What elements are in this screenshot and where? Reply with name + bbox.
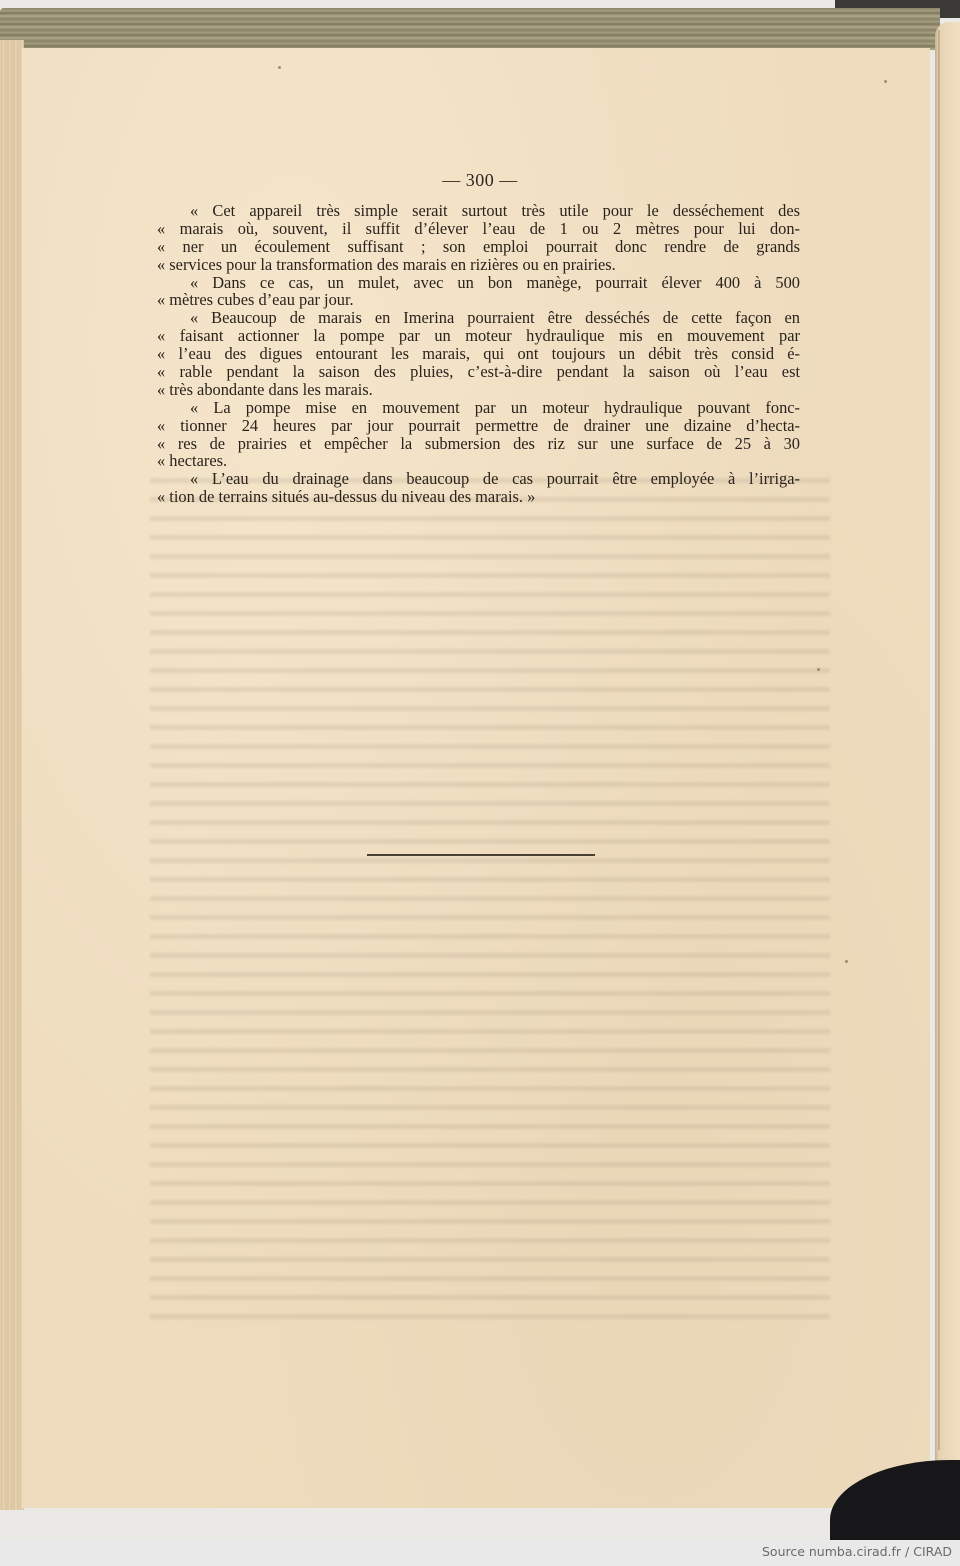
text-line: « mètres cubes d’eau par jour. bbox=[157, 291, 800, 309]
text-line: « tion de terrains situés au-dessus du n… bbox=[157, 488, 800, 506]
body-text: « Cet appareil très simple serait surtou… bbox=[157, 202, 800, 506]
page-number: — 300 — bbox=[0, 170, 960, 191]
paper-speck bbox=[278, 66, 281, 69]
text-line: « tionner 24 heures par jour pourrait pe… bbox=[157, 417, 800, 435]
paper-speck bbox=[817, 668, 820, 671]
page-stack-left bbox=[0, 40, 24, 1510]
text-line: « ner un écoulement suffisant ; son empl… bbox=[157, 238, 800, 256]
text-line: « l’eau des digues entourant les marais,… bbox=[157, 345, 800, 363]
text-line: « rable pendant la saison des pluies, c’… bbox=[157, 363, 800, 381]
text-line: « Dans ce cas, un mulet, avec un bon man… bbox=[157, 274, 800, 292]
source-caption: Source numba.cirad.fr / CIRAD bbox=[762, 1544, 952, 1559]
text-line: « services pour la transformation des ma… bbox=[157, 256, 800, 274]
text-line: « faisant actionner la pompe par un mote… bbox=[157, 327, 800, 345]
paper-speck bbox=[884, 80, 887, 83]
text-line: « Cet appareil très simple serait surtou… bbox=[157, 202, 800, 220]
text-line: « L’eau du drainage dans beaucoup de cas… bbox=[157, 470, 800, 488]
text-line: « Beaucoup de marais en Imerina pourraie… bbox=[157, 309, 800, 327]
text-line: « La pompe mise en mouvement par un mote… bbox=[157, 399, 800, 417]
bleed-through-text bbox=[150, 470, 830, 1330]
text-line: « marais où, souvent, il suffit d’élever… bbox=[157, 220, 800, 238]
text-line: « res de prairies et empêcher la submers… bbox=[157, 435, 800, 453]
section-divider bbox=[367, 854, 595, 856]
text-line: « très abondante dans les marais. bbox=[157, 381, 800, 399]
gutter-line bbox=[938, 30, 940, 1450]
text-line: « hectares. bbox=[157, 452, 800, 470]
paper-speck bbox=[845, 960, 848, 963]
page-stack-top bbox=[0, 8, 940, 50]
